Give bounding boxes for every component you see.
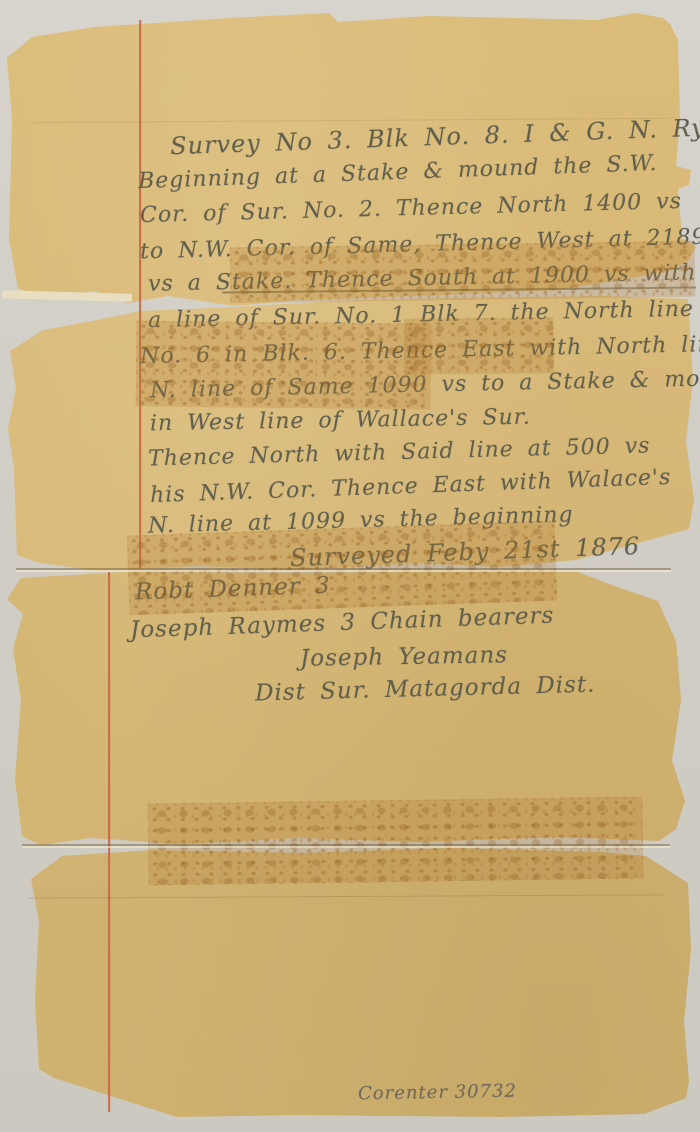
tape-repair bbox=[404, 317, 554, 374]
red-margin-line-upper bbox=[139, 20, 141, 568]
tape-repair bbox=[147, 797, 643, 886]
red-margin-line-lower bbox=[108, 572, 110, 1112]
tear-seam-highlight bbox=[22, 846, 670, 848]
archive-number-annotation: Corenter 30732 bbox=[358, 1081, 517, 1105]
tape-repair bbox=[136, 320, 432, 409]
tear-seam-highlight bbox=[16, 570, 671, 572]
survey-document-photo: Survey No 3. Blk No. 8. I & G. N. Ry. Co… bbox=[0, 0, 700, 1132]
handwritten-signature-line: Joseph Yeamans bbox=[300, 642, 508, 672]
tape-repair bbox=[230, 241, 696, 303]
